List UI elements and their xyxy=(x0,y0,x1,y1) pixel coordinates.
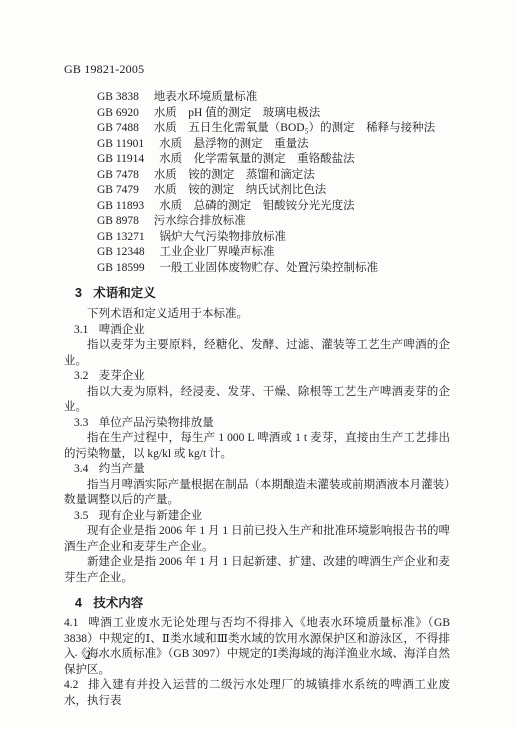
standard-code: GB 11914 xyxy=(97,153,144,165)
term-definition: 现有企业是指 2006 年 1 月 1 日前已投入生产和批准环境影响报告书的啤酒… xyxy=(64,524,450,555)
term-heading: 3.1啤酒企业 xyxy=(64,323,450,339)
term-name: 啤酒企业 xyxy=(99,324,145,336)
standard-code: GB 11893 xyxy=(97,200,144,212)
reference-item: GB 11901水质 悬浮物的测定 重量法 xyxy=(97,137,450,153)
clause-number: 4.2 xyxy=(64,679,78,691)
standard-title: 水质 化学需氧量的测定 重铬酸盐法 xyxy=(159,153,355,165)
term-item-3-1: 3.1啤酒企业 指以麦芽为主要原料，经糖化、发酵、过滤、灌装等工艺生产啤酒的企业… xyxy=(64,323,450,370)
clause-4-2: 4.2排入建有并投入运营的二级污水处理厂的城镇排水系统的啤酒工业废水，执行表 xyxy=(64,678,450,709)
term-heading: 3.2麦芽企业 xyxy=(64,369,450,385)
reference-item: GB 12348工业企业厂界噪声标准 xyxy=(97,245,450,261)
term-item-3-5: 3.5现有企业与新建企业 现有企业是指 2006 年 1 月 1 日前已投入生产… xyxy=(64,509,450,587)
standard-title: 地表水环境质量标准 xyxy=(154,91,258,103)
term-name: 麦芽企业 xyxy=(99,370,145,382)
reference-list: GB 3838地表水环境质量标准 GB 6920水质 pH 值的测定 玻璃电极法… xyxy=(97,90,450,276)
running-header: GB 19821-2005 xyxy=(64,62,450,76)
section-3-heading: 3术语和定义 xyxy=(64,285,450,302)
section-technical-content: 4技术内容 4.1啤酒工业废水无论处理与否均不得排入《地表水环境质量标准》（GB… xyxy=(64,595,450,709)
term-item-3-3: 3.3单位产品污染物排放量 指在生产过程中，每生产 1 000 L 啤酒或 1 … xyxy=(64,416,450,463)
clause-number: 4.1 xyxy=(64,617,78,629)
reference-item: GB 7478水质 铵的测定 蒸馏和滴定法 xyxy=(97,168,450,184)
standard-code: GB 13271 xyxy=(97,231,145,243)
term-heading: 3.4约当产量 xyxy=(64,462,450,478)
section-number: 4 xyxy=(75,596,82,610)
standard-code: GB 12348 xyxy=(97,246,145,258)
standard-title: 水质 pH 值的测定 玻璃电极法 xyxy=(154,107,320,119)
term-heading: 3.3单位产品污染物排放量 xyxy=(64,416,450,432)
reference-item: GB 11893水质 总磷的测定 钼酸铵分光光度法 xyxy=(97,199,450,215)
clause-text: 排入建有并投入运营的二级污水处理厂的城镇排水系统的啤酒工业废水，执行表 xyxy=(64,679,450,707)
standard-code: GB 3838 xyxy=(97,91,139,103)
section-title: 术语和定义 xyxy=(93,286,156,300)
section-title: 技术内容 xyxy=(93,596,143,610)
page-number: · 2 · xyxy=(74,648,104,663)
standard-title: 水质 总磷的测定 钼酸铵分光光度法 xyxy=(159,200,355,212)
standard-title: 水质 铵的测定 蒸馏和滴定法 xyxy=(154,169,315,181)
reference-item: GB 8978污水综合排放标准 xyxy=(97,214,450,230)
standard-title: 水质 悬浮物的测定 重量法 xyxy=(159,138,309,150)
term-item-3-2: 3.2麦芽企业 指以大麦为原料，经浸麦、发芽、干燥、除根等工艺生产啤酒麦芽的企业… xyxy=(64,369,450,416)
term-name: 现有企业与新建企业 xyxy=(99,510,203,522)
document-page: GB 19821-2005 GB 3838地表水环境质量标准 GB 6920水质… xyxy=(0,0,516,729)
reference-item: GB 7479水质 铵的测定 纳氏试剂比色法 xyxy=(97,183,450,199)
standard-code: GB 18599 xyxy=(97,262,145,274)
standard-code: GB 11901 xyxy=(97,138,144,150)
standard-code: GB 7488 xyxy=(97,122,139,134)
standard-title: 工业企业厂界噪声标准 xyxy=(160,246,275,258)
reference-item: GB 18599一般工业固体废物贮存、处置污染控制标准 xyxy=(97,261,450,277)
standard-code: GB 6920 xyxy=(97,107,139,119)
term-definition: 指以大麦为原料，经浸麦、发芽、干燥、除根等工艺生产啤酒麦芽的企业。 xyxy=(64,385,450,416)
section-terms-and-definitions: 3术语和定义 下列术语和定义适用于本标准。 3.1啤酒企业 指以麦芽为主要原料，… xyxy=(64,285,450,586)
term-number: 3.3 xyxy=(74,417,88,429)
reference-item: GB 7488水质 五日生化需氧量（BOD₅）的测定 稀释与接种法 xyxy=(97,121,450,137)
term-number: 3.4 xyxy=(74,463,88,475)
reference-item: GB 6920水质 pH 值的测定 玻璃电极法 xyxy=(97,106,450,122)
term-number: 3.5 xyxy=(74,510,88,522)
term-definition: 指在生产过程中，每生产 1 000 L 啤酒或 1 t 麦芽，直接由生产工艺排出… xyxy=(64,431,450,462)
term-definition: 指以麦芽为主要原料，经糖化、发酵、过滤、灌装等工艺生产啤酒的企业。 xyxy=(64,338,450,369)
standard-title: 污水综合排放标准 xyxy=(154,215,246,227)
term-heading: 3.5现有企业与新建企业 xyxy=(64,509,450,525)
term-name: 单位产品污染物排放量 xyxy=(99,417,214,429)
term-definition: 指当月啤酒实际产量根据在制品（本期酿造未灌装或前期酒液本月灌装）数量调整以后的产… xyxy=(64,478,450,509)
term-number: 3.2 xyxy=(74,370,88,382)
reference-item: GB 11914水质 化学需氧量的测定 重铬酸盐法 xyxy=(97,152,450,168)
clause-4-1: 4.1啤酒工业废水无论处理与否均不得排入《地表水环境质量标准》（GB 3838）… xyxy=(64,616,450,678)
standard-title: 一般工业固体废物贮存、处置污染控制标准 xyxy=(160,262,379,274)
term-number: 3.1 xyxy=(74,324,88,336)
term-definition-second: 新建企业是指 2006 年 1 月 1 日起新建、扩建、改建的啤酒生产企业和麦芽… xyxy=(64,555,450,586)
section-number: 3 xyxy=(75,286,82,300)
reference-item: GB 13271锅炉大气污染物排放标准 xyxy=(97,230,450,246)
standard-title: 水质 五日生化需氧量（BOD₅）的测定 稀释与接种法 xyxy=(154,122,435,134)
reference-item: GB 3838地表水环境质量标准 xyxy=(97,90,450,106)
term-name: 约当产量 xyxy=(99,463,145,475)
clause-text: 啤酒工业废水无论处理与否均不得排入《地表水环境质量标准》（GB 3838）中规定… xyxy=(64,617,450,676)
term-item-3-4: 3.4约当产量 指当月啤酒实际产量根据在制品（本期酿造未灌装或前期酒液本月灌装）… xyxy=(64,462,450,509)
terms-intro: 下列术语和定义适用于本标准。 xyxy=(64,307,450,323)
standard-code: GB 7479 xyxy=(97,184,139,196)
standard-code: GB 7478 xyxy=(97,169,139,181)
standard-title: 水质 铵的测定 纳氏试剂比色法 xyxy=(154,184,327,196)
standard-title: 锅炉大气污染物排放标准 xyxy=(160,231,287,243)
section-4-heading: 4技术内容 xyxy=(64,595,450,612)
standard-code: GB 8978 xyxy=(97,215,139,227)
